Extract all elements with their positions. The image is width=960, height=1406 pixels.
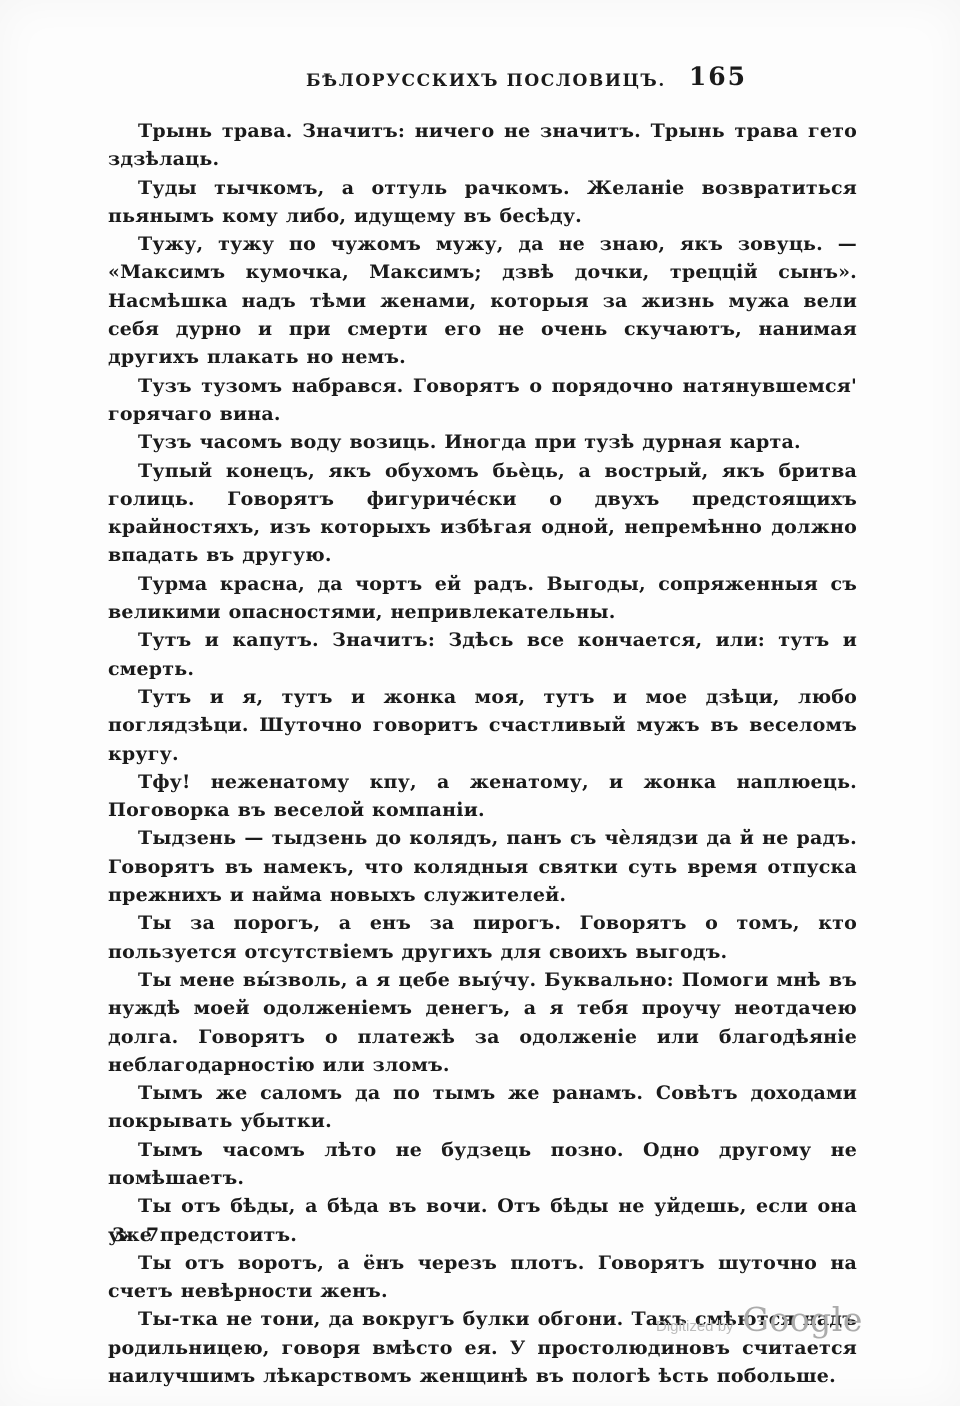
proverb-paragraph: Ты за порогъ, а енъ за пирогъ. Говорятъ …: [108, 909, 857, 966]
text-block: Трынь трава. Значитъ: ничего не значитъ.…: [108, 117, 857, 1390]
signature-mark: 3 7: [112, 1224, 166, 1246]
proverb-paragraph: Тутъ и я, тутъ и жонка моя, тутъ и мое д…: [108, 683, 857, 768]
digitized-by-label: Digitized by: [656, 1318, 734, 1335]
proverb-paragraph: Тфу! неженатому кпу, а женатому, и жонка…: [108, 768, 857, 825]
proverb-paragraph: Тупый конецъ, якъ обухомъ бьèць, а востр…: [108, 457, 857, 570]
proverb-paragraph: Тымъ же саломъ да по тымъ же ранамъ. Сов…: [108, 1079, 857, 1136]
running-head: БѢЛОРУССКИХЪ ПОСЛОВИЦЪ. 165: [108, 62, 857, 96]
proverb-paragraph: Ты мене вы́зволь, а я цебе выу́чу. Буква…: [108, 966, 857, 1079]
proverb-paragraph: Ты отъ бѣды, а бѣда въ вочи. Отъ бѣды не…: [108, 1192, 857, 1249]
proverb-paragraph: Трынь трава. Значитъ: ничего не значитъ.…: [108, 117, 857, 174]
scanned-book-page: БѢЛОРУССКИХЪ ПОСЛОВИЦЪ. 165 Трынь трава.…: [0, 0, 960, 1406]
proverb-paragraph: Тыдзень — тыдзень до колядъ, панъ съ чèл…: [108, 824, 857, 909]
page-number: 165: [689, 62, 747, 91]
google-logo: Google: [743, 1300, 863, 1339]
digitized-by-watermark: Digitized by Google: [656, 1300, 863, 1339]
proverb-paragraph: Тымъ часомъ лѣто не будзець позно. Одно …: [108, 1136, 857, 1193]
proverb-paragraph: Ты отъ воротъ, а ёнъ черезъ плотъ. Говор…: [108, 1249, 857, 1306]
proverb-paragraph: Тузъ часомъ воду возиць. Иногда при тузѣ…: [108, 428, 857, 456]
proverb-paragraph: Тужу, тужу по чужомъ мужу, да не знаю, я…: [108, 230, 857, 371]
proverb-paragraph: Тузъ тузомъ набрався. Говорятъ о порядоч…: [108, 372, 857, 429]
proverb-paragraph: Тутъ и капутъ. Значитъ: Здѣсь все кончае…: [108, 626, 857, 683]
proverb-paragraph: Турма красна, да чортъ ей радъ. Выгоды, …: [108, 570, 857, 627]
proverb-paragraph: Туды тычкомъ, а оттуль рачкомъ. Желаніе …: [108, 174, 857, 231]
page-header-title: БѢЛОРУССКИХЪ ПОСЛОВИЦЪ.: [306, 71, 666, 91]
